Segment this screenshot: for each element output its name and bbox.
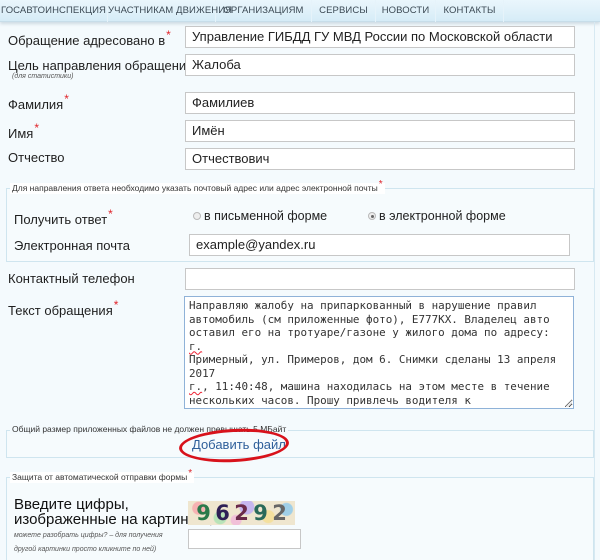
top-navigation: ГОСАВТОИНСПЕКЦИЯ УЧАСТНИКАМ ДВИЖЕНИЯ ОРГ… [0,0,600,22]
required-mark: * [34,121,39,135]
reply-option-paper-label: в письменной форме [204,209,327,223]
reply-legend-text: Для направления ответа необходимо указат… [12,183,378,193]
nav-item-news[interactable]: НОВОСТИ [376,0,436,22]
nav-item-services[interactable]: СЕРВИСЫ [312,0,376,22]
phone-field[interactable] [185,268,575,290]
addressee-label-text: Обращение адресовано в [8,33,165,48]
reply-option-electronic-label: в электронной форме [379,209,506,223]
required-mark: * [379,179,383,190]
message-line: автомобиль (см приложенные фото), Е777КХ… [189,313,550,326]
nav-item-participants[interactable]: УЧАСТНИКАМ ДВИЖЕНИЯ [108,0,216,22]
nav-item-organizations[interactable]: ОРГАНИЗАЦИЯМ [216,0,312,22]
message-line: оставил его на тротуаре/газоне у жилого … [189,326,556,339]
patronymic-field[interactable]: Отчествович [185,148,575,170]
surname-label: Фамилия* [8,97,69,112]
captcha-digit: 9 [253,501,268,525]
page-border [594,22,595,560]
purpose-select[interactable]: Жалоба [185,54,575,76]
radio-button-electronic[interactable] [368,212,376,220]
message-textarea[interactable]: Направляю жалобу на припаркованный в нар… [184,296,574,409]
message-label: Текст обращения* [8,303,118,318]
surname-label-text: Фамилия [8,97,63,112]
spellcheck-word: г. [189,380,202,393]
resize-handle[interactable] [566,401,572,407]
purpose-hint: (для статистики) [12,73,73,80]
required-mark: * [108,207,113,221]
email-label: Электронная почта [14,238,130,253]
name-label-text: Имя [8,126,33,141]
message-line: Примерный, ул. Примеров, дом 6. Снимки с… [189,353,563,380]
radio-button-paper[interactable] [193,212,201,220]
message-label-text: Текст обращения [8,303,113,318]
message-line: , 11:40:48, машина находилась на этом ме… [202,380,550,393]
reply-label: Получить ответ* [14,212,113,227]
required-mark: * [188,468,192,479]
captcha-digit: 9 [196,501,211,525]
captcha-title-line2: изображенные на картинке [14,511,204,528]
purpose-label: Цель направления обращения [8,58,193,73]
message-line: Направляю жалобу на припаркованный в нар… [189,299,537,312]
reply-option-paper[interactable]: в письменной форме [193,209,327,223]
reply-option-electronic[interactable]: в электронной форме [368,209,506,223]
name-field[interactable]: Имён [185,120,575,142]
captcha-legend-text: Защита от автоматической отправки формы [12,472,187,482]
captcha-digit: 2 [234,501,249,525]
captcha-digit: 6 [215,501,230,525]
required-mark: * [114,298,119,312]
nav-item-gosavtoinspekciya[interactable]: ГОСАВТОИНСПЕКЦИЯ [0,0,108,22]
spellcheck-word: г. [189,340,202,353]
captcha-input[interactable] [188,529,301,549]
surname-field[interactable]: Фамилиев [185,92,575,114]
reply-label-text: Получить ответ [14,212,107,227]
required-mark: * [64,92,69,106]
patronymic-label: Отчество [8,150,65,165]
nav-item-contacts[interactable]: КОНТАКТЫ [436,0,504,22]
add-file-link[interactable]: Добавить файл [192,437,286,452]
reply-fieldset-legend: Для направления ответа необходимо указат… [10,183,385,194]
phone-label: Контактный телефон [8,271,135,286]
email-field[interactable]: example@yandex.ru [189,234,570,256]
captcha-fieldset-legend: Защита от автоматической отправки формы* [10,472,194,483]
addressee-field[interactable]: Управление ГИБДД ГУ МВД России по Москов… [185,26,575,48]
captcha-digit: 2 [272,501,287,525]
captcha-image[interactable]: 9 6 2 9 2 [188,501,295,525]
captcha-hint-line2: можете разобрать цифры? – для получения [14,532,163,539]
message-line: нескольких часов. Прошу привлечь водител… [189,394,478,410]
name-label: Имя* [8,126,39,141]
files-fieldset-legend: Общий размер приложенных файлов не долже… [10,424,288,434]
files-fieldset [6,430,594,458]
required-mark: * [166,28,171,42]
captcha-hint-line3: другой картинки просто кликните по ней) [14,546,156,553]
addressee-label: Обращение адресовано в* [8,33,171,48]
